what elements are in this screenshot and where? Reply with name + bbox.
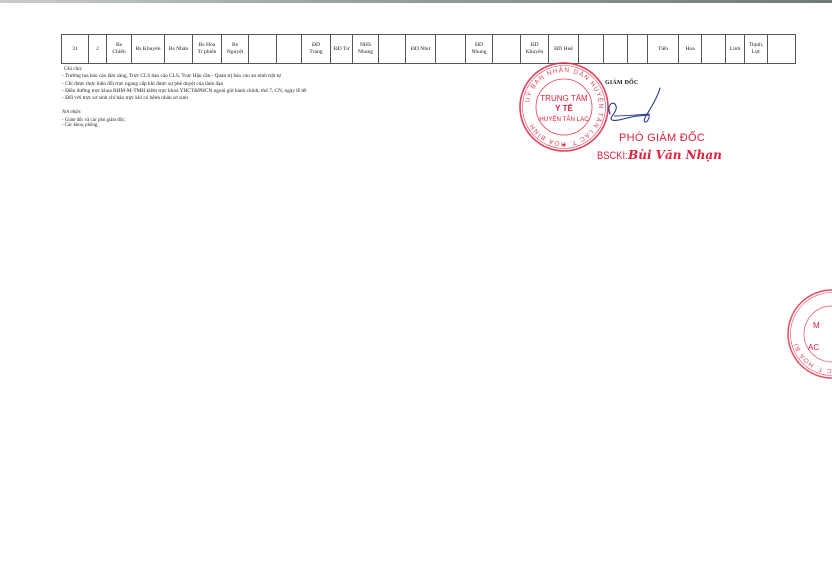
note-item: - Chỉ được thực hiện đổi trực ngang cấp … xyxy=(62,81,307,88)
table-cell xyxy=(579,35,604,64)
table-cell: Tiến xyxy=(648,35,679,64)
table-cell xyxy=(249,35,277,64)
note-item: - Trường tua báo cáo lâm sàng, Trực CLS … xyxy=(62,73,307,80)
table-cell xyxy=(436,35,466,64)
table-cell: ĐD Tư xyxy=(331,35,353,64)
star-icon: ★ xyxy=(561,142,566,149)
table-cell: Bs Chiến xyxy=(107,35,132,64)
table-cell xyxy=(379,35,406,64)
table-cell xyxy=(277,35,302,64)
table-cell xyxy=(493,35,521,64)
table-cell: ĐD Trang xyxy=(302,35,331,64)
stamp-line3: HUYỆN TÂN LẠC xyxy=(539,115,589,123)
signer-fullname: Bùi Văn Nhạn xyxy=(628,148,722,162)
table-cell: ĐD Huệ xyxy=(549,35,579,64)
table-cell xyxy=(628,35,648,64)
table-cell xyxy=(604,35,628,64)
table-cell: ĐD Nhung xyxy=(466,35,493,64)
scan-top-edge xyxy=(0,0,832,3)
recipients-section: Nơi nhận: - Giám đốc và các phó giám đốc… xyxy=(62,110,126,129)
stamp-line1: TRUNG TÂM xyxy=(540,94,588,103)
handwritten-signature xyxy=(600,82,670,130)
degree-prefix: BSCKI: xyxy=(597,150,628,162)
table-cell xyxy=(768,35,796,64)
table-cell xyxy=(702,35,726,64)
note-item: - Đối với trực sơ sinh chỉ báo trực khi … xyxy=(62,95,307,102)
duty-roster-table: 312Bs ChiếnBs KhuyênBs NhânBs Hòa Tr phi… xyxy=(61,34,796,64)
partial-stamp-letter: M xyxy=(813,321,820,330)
partial-seal-stamp: TÂN LẠC T. HOÀ BÌ M AC xyxy=(786,288,832,380)
table-cell: Bs Nhân xyxy=(165,35,193,64)
table-cell: Bs Hòa Tr phiên xyxy=(193,35,222,64)
official-seal-stamp: UỶ BAN NHÂN DÂN HUYỆN TÂN LẠC T. HOÀ BÌN… xyxy=(518,61,610,153)
table-cell: Linh xyxy=(726,35,745,64)
notes-section: Ghi chú: - Trường tua báo cáo lâm sàng, … xyxy=(62,66,307,102)
table-cell: NHS Nhung xyxy=(353,35,379,64)
deputy-director-title: PHÓ GIÁM ĐỐC xyxy=(619,132,705,144)
stamp-line2: Y TẾ xyxy=(555,103,573,113)
table-cell: Hoa xyxy=(679,35,702,64)
table-cell: 31 xyxy=(62,35,89,64)
table-cell: 2 xyxy=(89,35,107,64)
table-row: 312Bs ChiếnBs KhuyênBs NhânBs Hòa Tr phi… xyxy=(62,35,796,64)
recipients-label: Nơi nhận: xyxy=(62,110,126,116)
recipient-item: - Các khoa, phòng, xyxy=(62,123,126,129)
table-cell: ĐD Khuyên xyxy=(521,35,549,64)
table-cell: ĐD Như xyxy=(406,35,436,64)
signer-name: BSCKI:Bùi Văn Nhạn xyxy=(597,146,722,164)
table-cell: Bs Nguyệt xyxy=(222,35,249,64)
table-cell: Bs Khuyên xyxy=(132,35,165,64)
partial-stamp-letter: AC xyxy=(808,343,819,352)
table-cell: Thịnh, Lực xyxy=(745,35,768,64)
